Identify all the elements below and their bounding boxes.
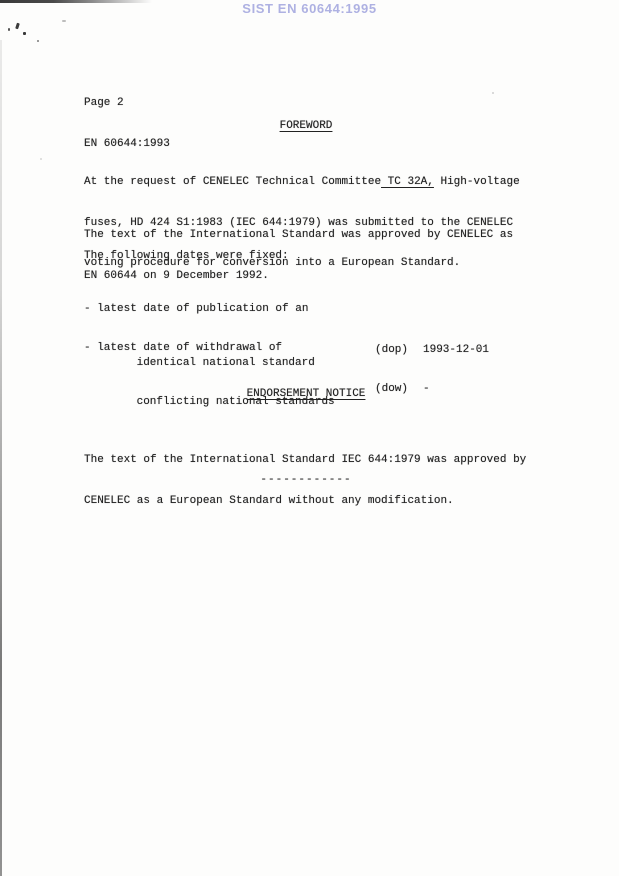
scan-artifact [62,20,66,22]
foreword-title: FOREWORD [84,120,528,134]
foreword-title-text: FOREWORD [280,120,333,132]
date-item-line-1: - latest date of withdrawal of [84,342,335,356]
scan-artifact [37,40,39,42]
document-page: SIST EN 60644:1995 Page 2 EN 60644:1993 … [0,0,619,876]
scan-artifact [40,158,42,160]
date-value-dop: 1993-12-01 [423,344,489,358]
dates-intro: The following dates were fixed: [84,250,289,264]
paragraph-text: At the request of CENELEC Technical Comm… [84,176,381,188]
scan-artifact [492,92,494,94]
endorsement-title-text: ENDORSEMENT NOTICE [247,388,366,400]
paragraph-line: The text of the International Standard I… [84,454,526,468]
scan-artifact [15,23,20,30]
paragraph-line: CENELEC as a European Standard without a… [84,495,526,509]
paragraph-text: High-voltage [434,176,520,188]
underlined-committee-ref: TC 32A, [381,176,434,188]
page-number: Page 2 [84,97,170,111]
end-divider: ------------ [84,474,528,488]
paragraph-line: The text of the International Standard w… [84,229,513,243]
paragraph-line: At the request of CENELEC Technical Comm… [84,176,520,190]
date-code-dop: (dop) [375,344,408,358]
scan-artifact [23,32,26,35]
endorsement-title: ENDORSEMENT NOTICE [84,388,528,402]
scan-edge-left-line [0,40,2,876]
watermark-header: SIST EN 60644:1995 [0,1,619,16]
scan-artifact [8,28,10,31]
